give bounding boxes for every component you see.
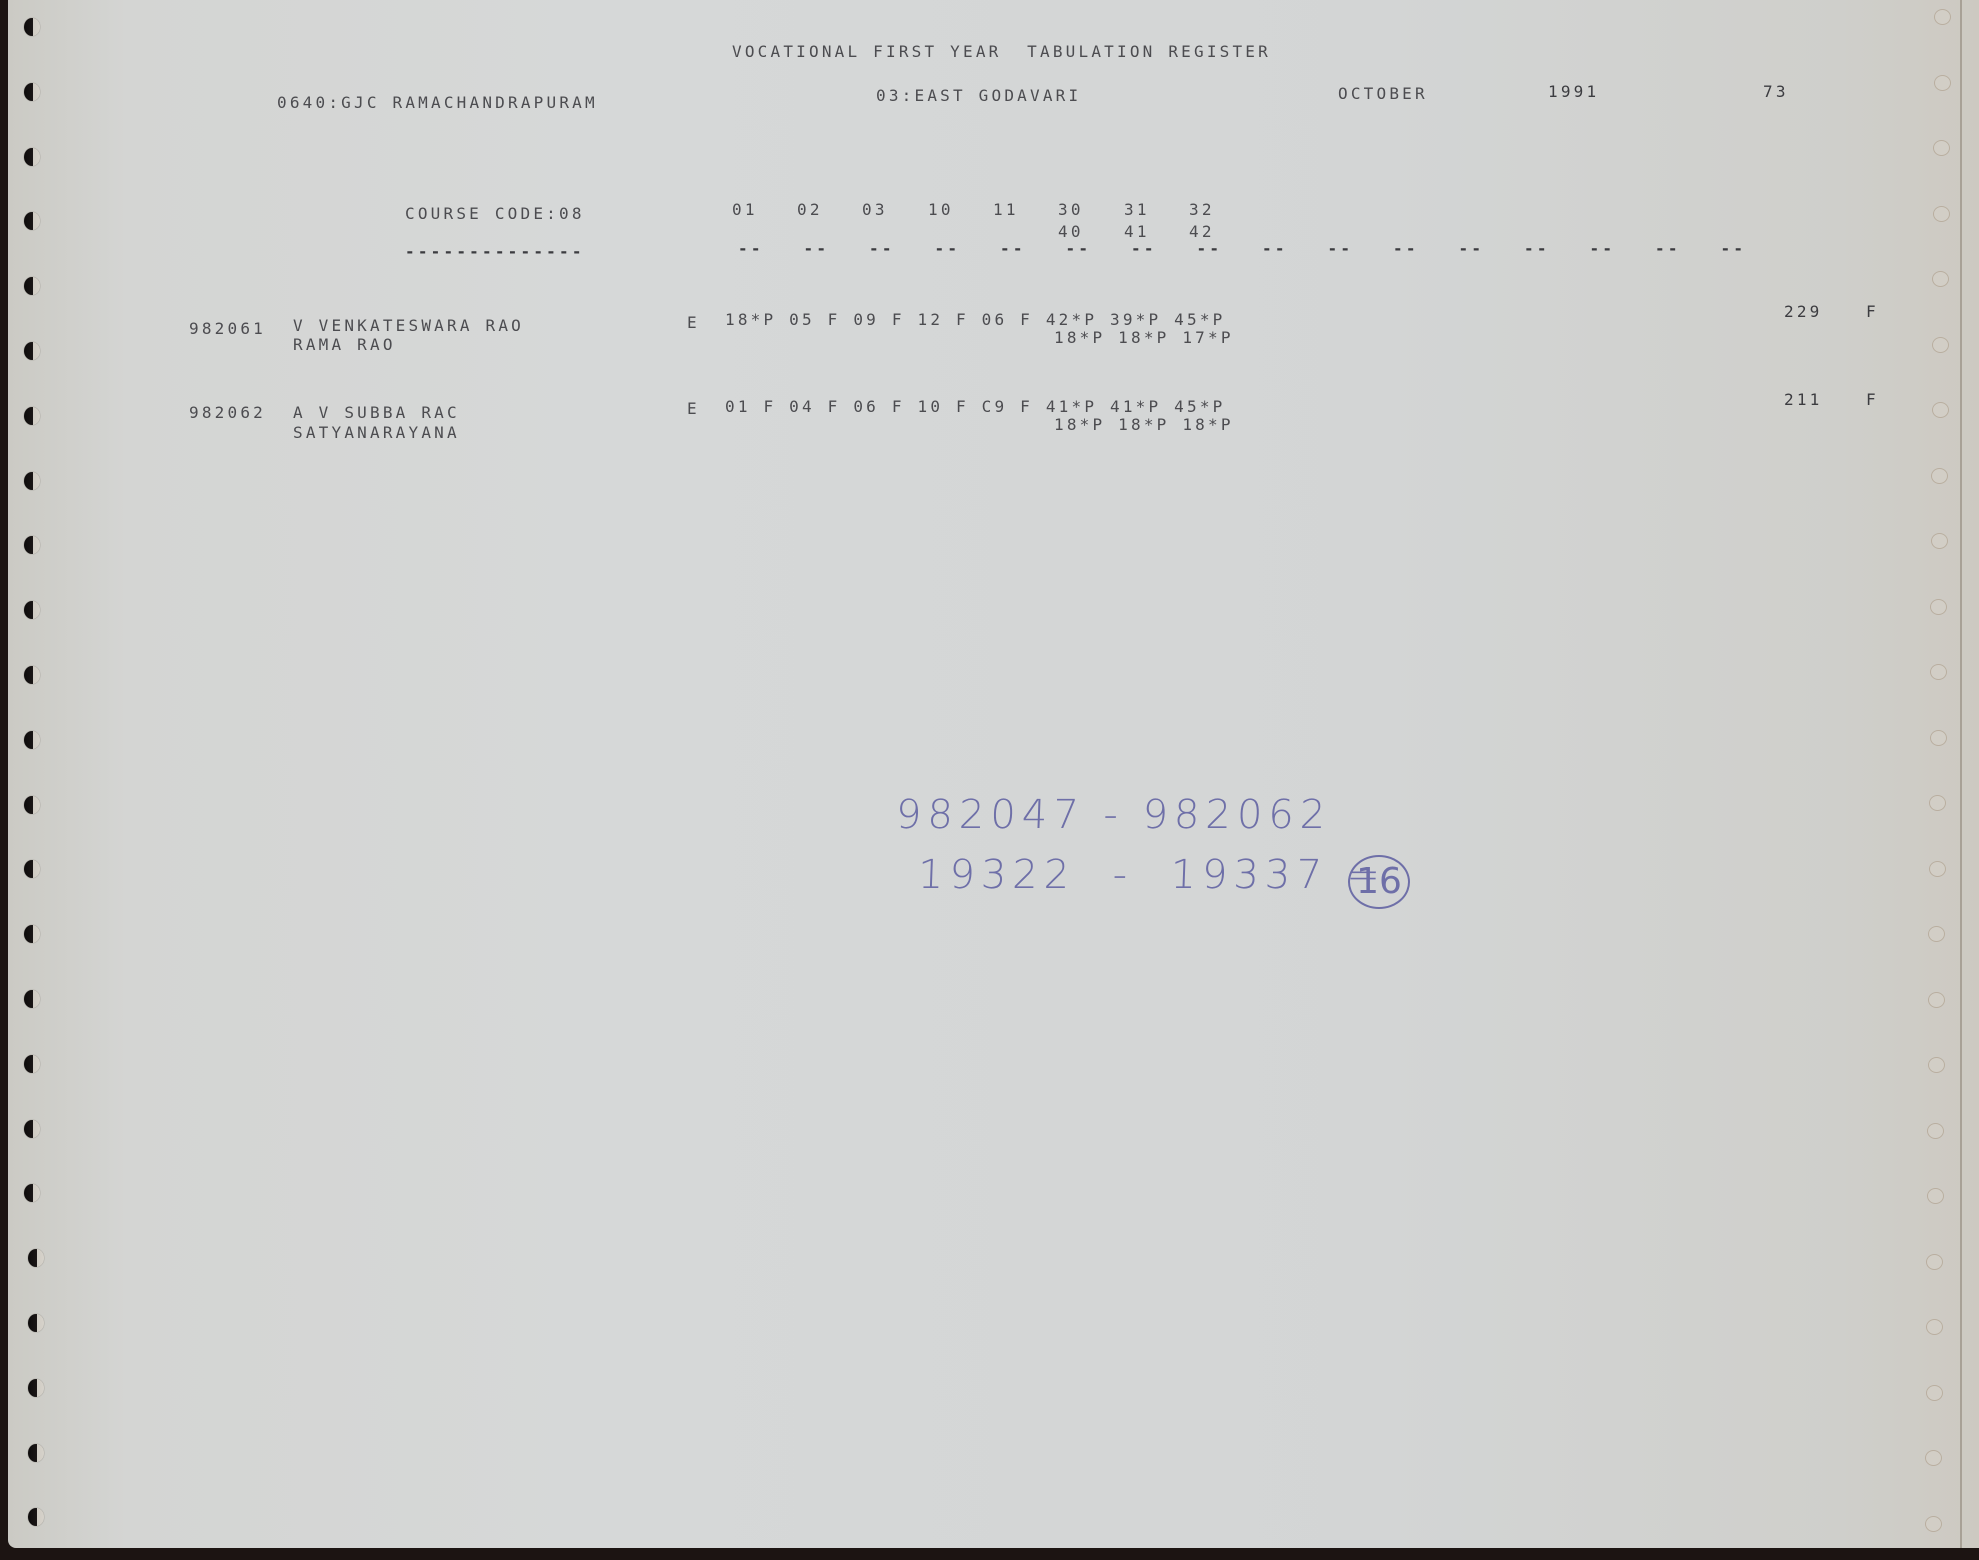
medium: E — [687, 315, 700, 331]
tractor-hole-icon — [1934, 9, 1951, 25]
total-marks: 229 — [1784, 304, 1823, 320]
subject-code: 42 — [1189, 224, 1215, 240]
tractor-hole-icon — [1927, 1188, 1944, 1204]
tractor-hole-icon — [24, 990, 40, 1008]
student-name: V VENKATESWARA RAO — [293, 318, 524, 334]
column-dash: -- — [1721, 241, 1747, 257]
total-marks: 211 — [1784, 392, 1823, 408]
subject-code: 11 — [993, 202, 1019, 218]
tractor-hole-icon — [24, 925, 40, 943]
page-number: 73 — [1763, 84, 1789, 100]
medium: E — [687, 401, 700, 417]
tractor-hole-icon — [28, 1508, 44, 1526]
column-dash: -- — [1262, 241, 1288, 257]
printout-page: VOCATIONAL FIRST YEAR TABULATION REGISTE… — [8, 0, 1979, 1548]
subject-code: 31 — [1124, 202, 1150, 218]
serial-range: 19322 - 19337 = — [917, 852, 1387, 898]
course-code-underline: -------------- — [405, 244, 585, 260]
tractor-hole-icon — [24, 148, 40, 166]
subject-code: 40 — [1058, 224, 1084, 240]
count-value: 16 — [1350, 861, 1408, 902]
tractor-hole-icon — [1928, 992, 1945, 1008]
result: F — [1866, 392, 1879, 408]
column-dash: -- — [1459, 241, 1485, 257]
tractor-hole-icon — [24, 472, 40, 490]
tractor-hole-icon — [1930, 730, 1947, 746]
marks-row2: 18*P 18*P 17*P — [1054, 330, 1234, 346]
tractor-hole-icon — [24, 1184, 40, 1202]
roll-number: 982061 — [189, 321, 266, 337]
tractor-hole-icon — [24, 1055, 40, 1073]
marks-row1: 01 F 04 F 06 F 10 F C9 F 41*P 41*P 45*P — [725, 399, 1225, 415]
tractor-hole-icon — [1926, 1254, 1943, 1270]
tractor-hole-icon — [24, 796, 40, 814]
tractor-hole-icon — [1932, 271, 1949, 287]
subject-code: 41 — [1124, 224, 1150, 240]
tractor-hole-icon — [24, 342, 40, 360]
column-dash: -- — [1197, 241, 1223, 257]
tractor-hole-icon — [1933, 206, 1950, 222]
tractor-hole-icon — [1926, 1319, 1943, 1335]
tractor-hole-icon — [1933, 140, 1950, 156]
student-name: A V SUBBA RAC — [293, 405, 460, 421]
subject-code: 02 — [797, 202, 823, 218]
tractor-hole-icon — [1931, 468, 1948, 484]
column-dash: -- — [1328, 241, 1354, 257]
marks-row1: 18*P 05 F 09 F 12 F 06 F 42*P 39*P 45*P — [725, 312, 1225, 328]
tractor-hole-icon — [1934, 75, 1951, 91]
column-dash: -- — [1393, 241, 1419, 257]
tractor-hole-icon — [1927, 1123, 1944, 1139]
tractor-hole-icon — [24, 860, 40, 878]
subject-code: 10 — [928, 202, 954, 218]
tractor-hole-icon — [24, 83, 40, 101]
college-name: 0640:GJC RAMACHANDRAPURAM — [277, 95, 598, 111]
roll-range: 982047 - 982062 — [895, 792, 1332, 838]
tractor-hole-icon — [28, 1249, 44, 1267]
tractor-hole-icon — [1925, 1516, 1942, 1532]
tractor-hole-icon — [24, 536, 40, 554]
tractor-hole-icon — [1925, 1450, 1942, 1466]
father-name: RAMA RAO — [293, 337, 396, 353]
tractor-hole-icon — [24, 1120, 40, 1138]
tractor-hole-icon — [24, 731, 40, 749]
column-dash: -- — [804, 241, 830, 257]
course-code: COURSE CODE:08 — [405, 206, 585, 222]
subject-code: 03 — [862, 202, 888, 218]
column-dash: -- — [1000, 241, 1026, 257]
tractor-hole-icon — [1929, 861, 1946, 877]
tractor-hole-icon — [24, 18, 40, 36]
perforation-edge — [1960, 0, 1962, 1548]
tractor-hole-icon — [24, 277, 40, 295]
column-dash: -- — [1524, 241, 1550, 257]
tractor-hole-icon — [24, 407, 40, 425]
tractor-hole-icon — [28, 1444, 44, 1462]
circled-count: 16 — [1348, 855, 1410, 909]
tractor-hole-icon — [1932, 337, 1949, 353]
exam-year: 1991 — [1548, 84, 1599, 100]
tractor-hole-icon — [1928, 1057, 1945, 1073]
column-dash: -- — [1131, 241, 1157, 257]
register-title: VOCATIONAL FIRST YEAR TABULATION REGISTE… — [732, 44, 1271, 60]
marks-row2: 18*P 18*P 18*P — [1054, 417, 1234, 433]
column-dash: -- — [1655, 241, 1681, 257]
column-dash: -- — [738, 241, 764, 257]
tractor-hole-icon — [24, 666, 40, 684]
father-name: SATYANARAYANA — [293, 425, 460, 441]
column-dash: -- — [869, 241, 895, 257]
column-dash: -- — [1590, 241, 1616, 257]
tractor-hole-icon — [1929, 795, 1946, 811]
tractor-hole-icon — [1932, 402, 1949, 418]
tractor-hole-icon — [28, 1314, 44, 1332]
tractor-hole-icon — [24, 212, 40, 230]
district-name: 03:EAST GODAVARI — [876, 88, 1081, 104]
tractor-hole-icon — [1928, 926, 1945, 942]
tractor-hole-icon — [1926, 1385, 1943, 1401]
subject-code: 30 — [1058, 202, 1084, 218]
result: F — [1866, 304, 1879, 320]
exam-month: OCTOBER — [1338, 86, 1428, 102]
column-dash: -- — [935, 241, 961, 257]
tractor-hole-icon — [24, 601, 40, 619]
tractor-hole-icon — [28, 1379, 44, 1397]
tractor-hole-icon — [1930, 664, 1947, 680]
subject-code: 32 — [1189, 202, 1215, 218]
tractor-hole-icon — [1930, 599, 1947, 615]
column-dash: -- — [1066, 241, 1092, 257]
subject-code: 01 — [732, 202, 758, 218]
roll-number: 982062 — [189, 405, 266, 421]
tractor-hole-icon — [1931, 533, 1948, 549]
